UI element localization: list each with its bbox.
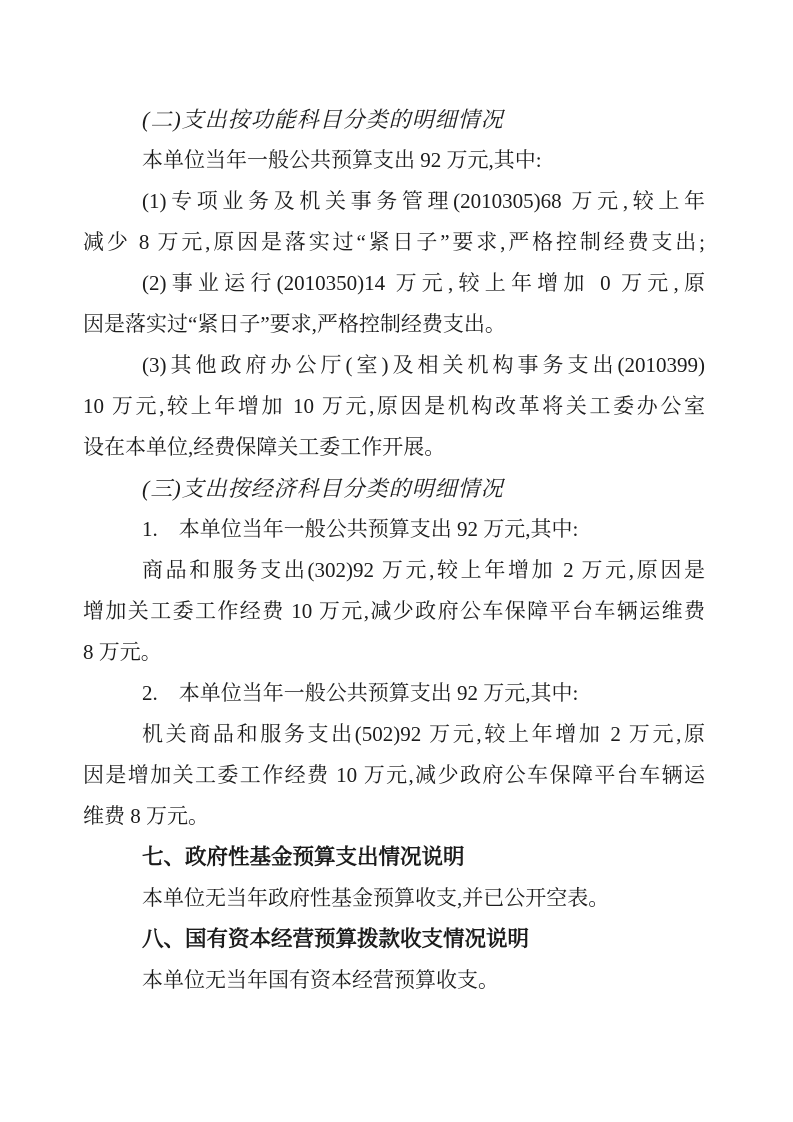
item-2-line-2: 因是落实过“紧日子”要求,严格控制经费支出。 (83, 304, 705, 345)
econ-para-2-line-4: 维费 8 万元。 (83, 796, 705, 837)
para-budget-total-line: 本单位当年一般公共预算支出 92 万元,其中: (83, 140, 705, 181)
item-1-line-1: (1)专项业务及机关事务管理(2010305)68 万元,较上年 (83, 181, 705, 222)
econ-para-2-line-2: 机关商品和服务支出(502)92 万元,较上年增加 2 万元,原 (83, 714, 705, 755)
econ-para-1-line-4: 8 万元。 (83, 632, 705, 673)
econ-para-2-line-1: 2. 本单位当年一般公共预算支出 92 万元,其中: (83, 673, 705, 714)
econ-para-2-line-3: 因是增加关工委工作经费 10 万元,减少政府公车保障平台车辆运 (83, 755, 705, 796)
heading-expenditure-by-function: (二)支出按功能科目分类的明细情况 (83, 99, 705, 140)
heading-state-capital-budget: 八、国有资本经营预算拨款收支情况说明 (83, 919, 705, 960)
heading-govt-fund-budget: 七、政府性基金预算支出情况说明 (83, 837, 705, 878)
item-3-line-2: 10 万元,较上年增加 10 万元,原因是机构改革将关工委办公室 (83, 386, 705, 427)
econ-para-1-line-3: 增加关工委工作经费 10 万元,减少政府公车保障平台车辆运维费 (83, 591, 705, 632)
item-3-line-3: 设在本单位,经费保障关工委工作开展。 (83, 427, 705, 468)
item-3-line-1: (3)其他政府办公厅(室)及相关机构事务支出(2010399) (83, 345, 705, 386)
econ-para-1-line-2: 商品和服务支出(302)92 万元,较上年增加 2 万元,原因是 (83, 550, 705, 591)
heading-expenditure-by-economic: (三)支出按经济科目分类的明细情况 (83, 468, 705, 509)
document-page: (二)支出按功能科目分类的明细情况 本单位当年一般公共预算支出 92 万元,其中… (0, 0, 793, 1122)
para-govt-fund-budget: 本单位无当年政府性基金预算收支,并已公开空表。 (83, 878, 705, 919)
document-text-block: (二)支出按功能科目分类的明细情况 本单位当年一般公共预算支出 92 万元,其中… (83, 99, 705, 1001)
item-1-line-2: 减少 8 万元,原因是落实过“紧日子”要求,严格控制经费支出; (83, 222, 705, 263)
item-2-line-1: (2)事业运行(2010350)14 万元,较上年增加 0 万元,原 (83, 263, 705, 304)
para-state-capital-budget: 本单位无当年国有资本经营预算收支。 (83, 960, 705, 1001)
econ-para-1-line-1: 1. 本单位当年一般公共预算支出 92 万元,其中: (83, 509, 705, 550)
